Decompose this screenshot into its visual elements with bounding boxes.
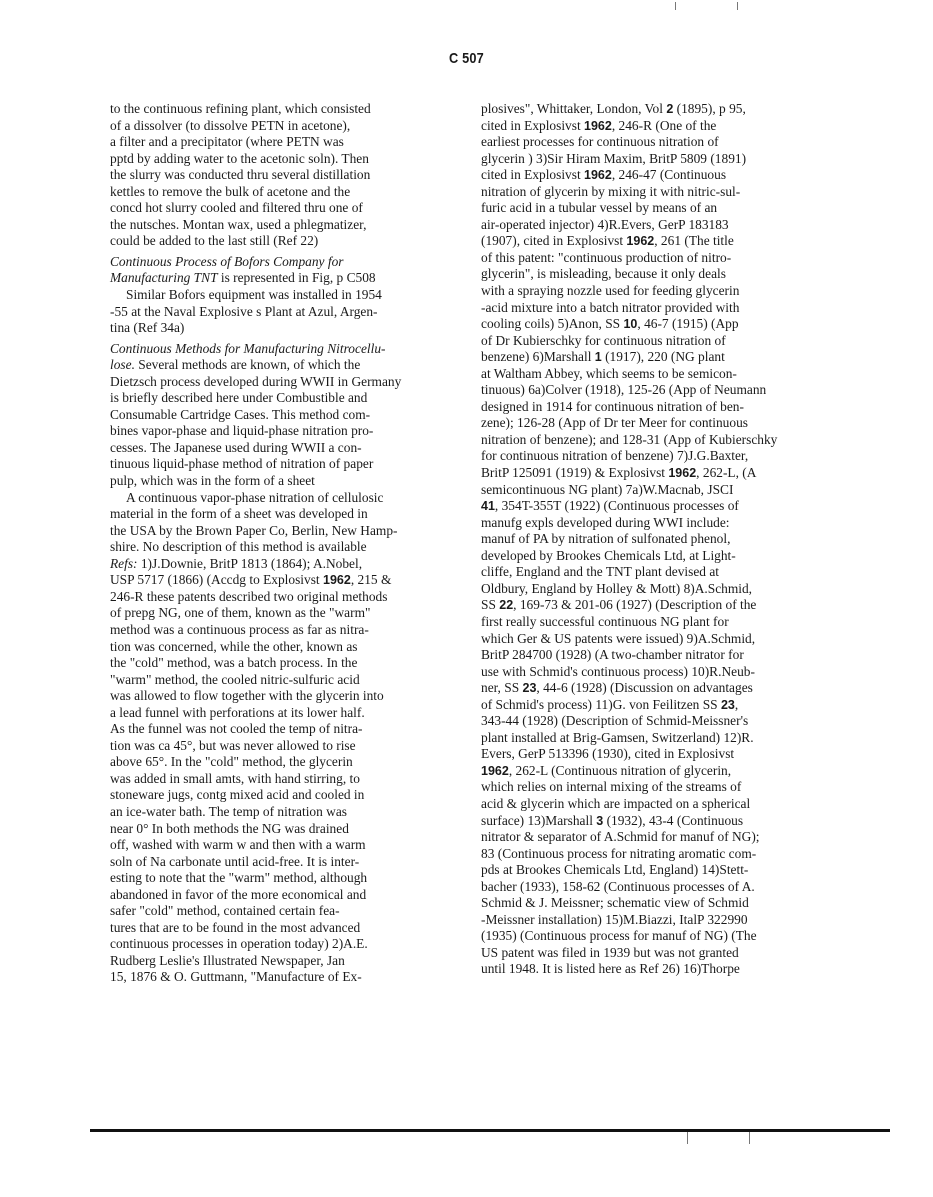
text-line: 83 (Continuous process for nitrating aro… (481, 846, 876, 863)
text-line: developed by Brookes Chemicals Ltd, at L… (481, 548, 876, 565)
text-line: until 1948. It is listed here as Ref 26)… (481, 961, 876, 978)
volume-number: 1962 (668, 466, 696, 480)
text-line: (1907), cited in Explosivst 1962, 261 (T… (481, 233, 876, 250)
text-line: BritP 284700 (1928) (A two-chamber nitra… (481, 647, 876, 664)
volume-number: 1962 (584, 119, 612, 133)
text-line: "warm" method, the cooled nitric-sulfuri… (110, 672, 470, 689)
text-line: soln of Na carbonate until acid-free. It… (110, 854, 470, 871)
section-heading: Continuous Process of Bofors Company for (110, 254, 470, 271)
text-line: is briefly described here under Combusti… (110, 390, 470, 407)
text-line: pptd by adding water to the acetonic sol… (110, 151, 470, 168)
text-line: could be added to the last still (Ref 22… (110, 233, 470, 250)
text-line: acid & glycerin which are impacted on a … (481, 796, 876, 813)
text-line: tion was concerned, while the other, kno… (110, 639, 470, 656)
text-line: near 0° In both methods the NG was drain… (110, 821, 470, 838)
text-line: -55 at the Naval Explosive s Plant at Az… (110, 304, 470, 321)
text-line: which Ger & US patents were issued) 9)A.… (481, 631, 876, 648)
right-column: plosives", Whittaker, London, Vol 2 (189… (481, 101, 876, 978)
text-line: Similar Bofors equipment was installed i… (110, 287, 470, 304)
volume-number: 41 (481, 499, 495, 513)
petn-paragraph: to the continuous refining plant, which … (110, 101, 470, 250)
volume-number: 22 (499, 598, 513, 612)
text-line: A continuous vapor-phase nitration of ce… (110, 490, 470, 507)
volume-number: 23 (523, 681, 537, 695)
section-heading: Continuous Methods for Manufacturing Nit… (110, 341, 470, 358)
text-line: bacher (1933), 158-62 (Continuous proces… (481, 879, 876, 896)
text-line: tinuous) 6a)Colver (1918), 125-26 (App o… (481, 382, 876, 399)
page-number: C 507 (70, 50, 863, 67)
text-line: surface) 13)Marshall 3 (1932), 43-4 (Con… (481, 813, 876, 830)
text-line: material in the form of a sheet was deve… (110, 506, 470, 523)
volume-number: 1962 (584, 168, 612, 182)
volume-number: 10 (623, 317, 637, 331)
text-line: with a spraying nozzle used for feeding … (481, 283, 876, 300)
text-line: was allowed to flow together with the gl… (110, 688, 470, 705)
text-line: esting to note that the "warm" method, a… (110, 870, 470, 887)
text-line: semicontinuous NG plant) 7a)W.Macnab, JS… (481, 482, 876, 499)
text-line: designed in 1914 for continuous nitratio… (481, 399, 876, 416)
text-line: kettles to remove the bulk of acetone an… (110, 184, 470, 201)
text-line: use with Schmid's continuous process) 10… (481, 664, 876, 681)
vapor-phase-paragraph: A continuous vapor-phase nitration of ce… (110, 490, 470, 556)
text-line: an ice-water bath. The temp of nitration… (110, 804, 470, 821)
text-line: bines vapor-phase and liquid-phase nitra… (110, 423, 470, 440)
text-line: at Waltham Abbey, which seems to be semi… (481, 366, 876, 383)
text-line: method was a continuous process as far a… (110, 622, 470, 639)
volume-number: 1 (595, 350, 602, 364)
bottom-rule (90, 1129, 890, 1132)
text-line: off, washed with warm w and then with a … (110, 837, 470, 854)
text-line: Evers, GerP 513396 (1930), cited in Expl… (481, 746, 876, 763)
text-line: nitration of glycerin by mixing it with … (481, 184, 876, 201)
nitrocellulose-section: Continuous Methods for Manufacturing Nit… (110, 341, 470, 490)
volume-number: 23 (721, 698, 735, 712)
text-line: of this patent: "continuous production o… (481, 250, 876, 267)
text-line: cited in Explosivst 1962, 246-R (One of … (481, 118, 876, 135)
text-line: the USA by the Brown Paper Co, Berlin, N… (110, 523, 470, 540)
scan-mark (687, 1132, 688, 1144)
text-line: 15, 1876 & O. Guttmann, "Manufacture of … (110, 969, 470, 986)
text-line: -Meissner installation) 15)M.Biazzi, Ita… (481, 912, 876, 929)
text-line: Oldbury, England by Holley & Mott) 8)A.S… (481, 581, 876, 598)
text-line: first really successful continuous NG pl… (481, 614, 876, 631)
text-line: above 65°. In the "cold" method, the gly… (110, 754, 470, 771)
text-line: Schmid & J. Meissner; schematic view of … (481, 895, 876, 912)
text-line: glycerin", is misleading, because it onl… (481, 266, 876, 283)
text-line: SS 22, 169-73 & 201-06 (1927) (Descripti… (481, 597, 876, 614)
text-line: Rudberg Leslie's Illustrated Newspaper, … (110, 953, 470, 970)
scan-mark (675, 2, 676, 10)
text-line: a lead funnel with perforations at its l… (110, 705, 470, 722)
references: Refs: 1)J.Downie, BritP 1813 (1864); A.N… (110, 556, 470, 986)
text-line: concd hot slurry cooled and filtered thr… (110, 200, 470, 217)
text-line: pulp, which was in the form of a sheet (110, 473, 470, 490)
text-line: nitration of benzene); and 128-31 (App o… (481, 432, 876, 449)
scan-mark (737, 2, 738, 10)
text-line: As the funnel was not cooled the temp of… (110, 721, 470, 738)
text-line: tion was ca 45°, but was never allowed t… (110, 738, 470, 755)
text-line: which relies on internal mixing of the s… (481, 779, 876, 796)
text-line: abandoned in favor of the more economica… (110, 887, 470, 904)
text-line: 246-R these patents described two origin… (110, 589, 470, 606)
text-line: a filter and a precipitator (where PETN … (110, 134, 470, 151)
text-line: 41, 354T-355T (1922) (Continuous process… (481, 498, 876, 515)
text-line: air-operated injector) 4)R.Evers, GerP 1… (481, 217, 876, 234)
text-line: BritP 125091 (1919) & Explosivst 1962, 2… (481, 465, 876, 482)
text-line: plosives", Whittaker, London, Vol 2 (189… (481, 101, 876, 118)
text-line: of Schmid's process) 11)G. von Feilitzen… (481, 697, 876, 714)
text-line: of Dr Kubierschky for continuous nitrati… (481, 333, 876, 350)
text-line: of prepg NG, one of them, known as the "… (110, 605, 470, 622)
text-line: tures that are to be found in the most a… (110, 920, 470, 937)
text-line: plant installed at Brig-Gamsen, Switzerl… (481, 730, 876, 747)
scan-mark (749, 1132, 750, 1144)
text-line: Dietzsch process developed during WWII i… (110, 374, 470, 391)
section-heading: lose. (110, 357, 135, 372)
text-line: for continuous nitration of benzene) 7)J… (481, 448, 876, 465)
text-line: was added in small amts, with hand stirr… (110, 771, 470, 788)
text-line: of a dissolver (to dissolve PETN in acet… (110, 118, 470, 135)
volume-number: 1962 (481, 764, 509, 778)
text-line: safer "cold" method, contained certain f… (110, 903, 470, 920)
left-column: to the continuous refining plant, which … (110, 101, 470, 986)
text-line: furic acid in a tubular vessel by means … (481, 200, 876, 217)
text-line: tinuous liquid-phase method of nitration… (110, 456, 470, 473)
text-line: 343-44 (1928) (Description of Schmid-Mei… (481, 713, 876, 730)
text-line: -acid mixture into a batch nitrator prov… (481, 300, 876, 317)
text-line: zene); 126-28 (App of Dr ter Meer for co… (481, 415, 876, 432)
text-line: tina (Ref 34a) (110, 320, 470, 337)
text-line: the slurry was conducted thru several di… (110, 167, 470, 184)
text-line: the nutsches. Montan wax, used a phlegma… (110, 217, 470, 234)
text-line: (1935) (Continuous process for manuf of … (481, 928, 876, 945)
text-line: US patent was filed in 1939 but was not … (481, 945, 876, 962)
text-line: manuf of PA by nitration of sulfonated p… (481, 531, 876, 548)
text-line: glycerin ) 3)Sir Hiram Maxim, BritP 5809… (481, 151, 876, 168)
text-line: benzene) 6)Marshall 1 (1917), 220 (NG pl… (481, 349, 876, 366)
text-line: nitrator & separator of A.Schmid for man… (481, 829, 876, 846)
text-line: ner, SS 23, 44-6 (1928) (Discussion on a… (481, 680, 876, 697)
text-line: manufg expls developed during WWI includ… (481, 515, 876, 532)
text-line: to the continuous refining plant, which … (110, 101, 470, 118)
text-line: cooling coils) 5)Anon, SS 10, 46-7 (1915… (481, 316, 876, 333)
refs-label: Refs: (110, 556, 138, 571)
text-line: shire. No description of this method is … (110, 539, 470, 556)
text-line: cited in Explosivst 1962, 246-47 (Contin… (481, 167, 876, 184)
text-line: cliffe, England and the TNT plant devise… (481, 564, 876, 581)
text-line: pds at Brookes Chemicals Ltd, England) 1… (481, 862, 876, 879)
text-line: the "cold" method, was a batch process. … (110, 655, 470, 672)
text-line: continuous processes in operation today)… (110, 936, 470, 953)
volume-number: 1962 (626, 234, 654, 248)
section-heading: Manufacturing TNT (110, 270, 218, 285)
text-line: cesses. The Japanese used during WWII a … (110, 440, 470, 457)
text-line: 1962, 262-L (Continuous nitration of gly… (481, 763, 876, 780)
text-line: earliest processes for continuous nitrat… (481, 134, 876, 151)
bofors-section: Continuous Process of Bofors Company for… (110, 254, 470, 337)
text-line: Consumable Cartridge Cases. This method … (110, 407, 470, 424)
text-line: stoneware jugs, contg mixed acid and coo… (110, 787, 470, 804)
